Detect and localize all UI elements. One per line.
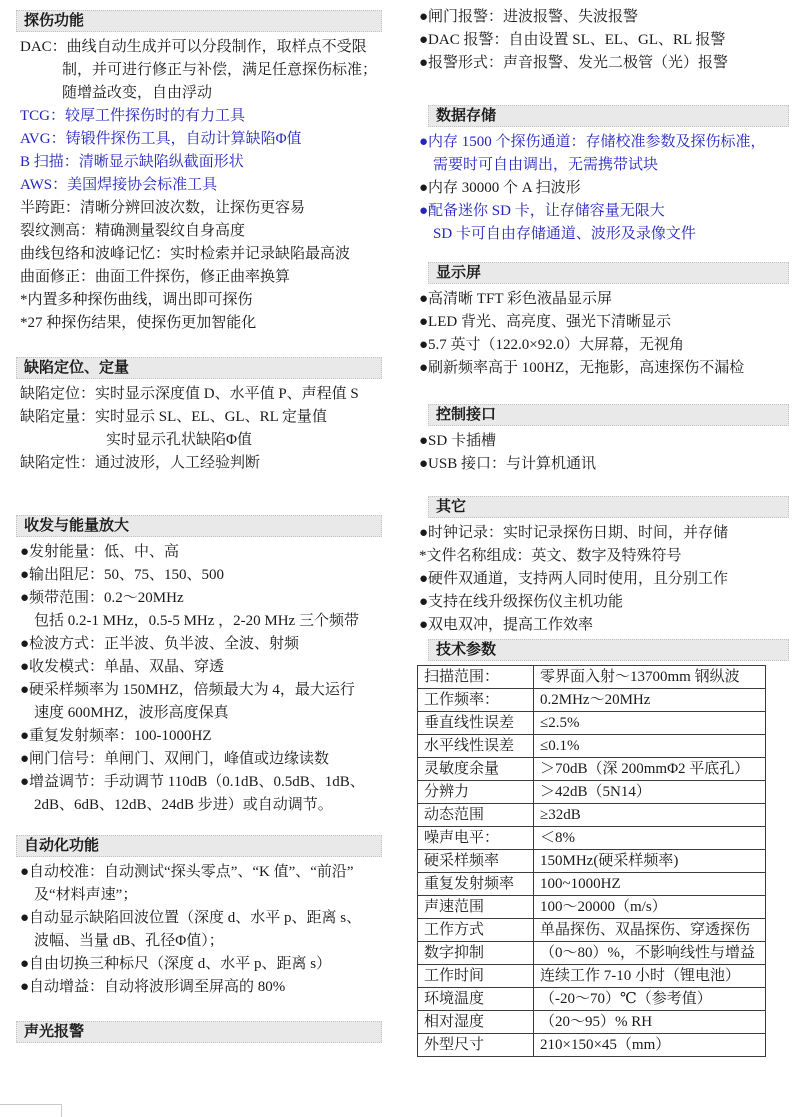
param-name: 工作时间	[418, 965, 534, 988]
spec-line: ●刷新频率高于 100HZ，无拖影，高速探伤不漏检	[415, 357, 789, 380]
param-name: 硬采样频率	[418, 850, 534, 873]
table-row: 相对湿度（20～95）% RH	[418, 1011, 766, 1034]
spec-line: ●收发模式：单晶、双晶、穿透	[16, 656, 382, 679]
spec-line: ●支持在线升级探伤仪主机功能	[415, 591, 789, 614]
param-value: （20～95）% RH	[534, 1011, 766, 1034]
param-value: 150MHz(硬采样频率)	[534, 850, 766, 873]
param-value: 单晶探伤、双晶探伤、穿透探伤	[534, 919, 766, 942]
param-value: 100～20000（m/s）	[534, 896, 766, 919]
page-corner-artifact	[0, 1104, 62, 1117]
spec-line: ●LED 背光、高亮度、强光下清晰显示	[415, 311, 789, 334]
section: 技术参数扫描范围：零界面入射～13700mm 钢纵波工作频率：0.2MHz～20…	[415, 639, 789, 1057]
spec-line: 制，并可进行修正与补偿，满足任意探伤标准；	[16, 59, 382, 82]
param-name: 工作方式	[418, 919, 534, 942]
spec-line: *27 种探伤结果，使探伤更加智能化	[16, 312, 382, 335]
left-column: 探伤功能DAC：曲线自动生成并可以分段制作，取样点不受限制，并可进行修正与补偿，…	[16, 10, 382, 1047]
spec-line: ●闸门报警：进波报警、失波报警	[415, 6, 789, 29]
spec-line: 实时显示孔状缺陷Φ值	[16, 429, 382, 452]
param-value: ＜8%	[534, 827, 766, 850]
spec-line: DAC：曲线自动生成并可以分段制作，取样点不受限	[16, 36, 382, 59]
table-row: 灵敏度余量＞70dB（深 200mmΦ2 平底孔）	[418, 758, 766, 781]
spec-line: ●重复发射频率：100-1000HZ	[16, 725, 382, 748]
param-name: 灵敏度余量	[418, 758, 534, 781]
table-row: 工作时间连续工作 7-10 小时（锂电池）	[418, 965, 766, 988]
param-value: 连续工作 7-10 小时（锂电池）	[534, 965, 766, 988]
table-row: 硬采样频率150MHz(硬采样频率)	[418, 850, 766, 873]
param-name: 扫描范围：	[418, 666, 534, 689]
section: 声光报警	[16, 1021, 382, 1043]
section-header: 显示屏	[428, 262, 789, 284]
param-name: 重复发射频率	[418, 873, 534, 896]
section: 探伤功能DAC：曲线自动生成并可以分段制作，取样点不受限制，并可进行修正与补偿，…	[16, 10, 382, 335]
param-name: 相对湿度	[418, 1011, 534, 1034]
spec-line: ●发射能量：低、中、高	[16, 541, 382, 564]
section-header: 声光报警	[16, 1021, 382, 1043]
table-row: 动态范围≥32dB	[418, 804, 766, 827]
spec-line: 曲线包络和波峰记忆：实时检索并记录缺陷最高波	[16, 243, 382, 266]
section: 缺陷定位、定量缺陷定位：实时显示深度值 D、水平值 P、声程值 S缺陷定量：实时…	[16, 357, 382, 475]
spec-line: 包括 0.2-1 MHz，0.5-5 MHz ，2-20 MHz 三个频带	[16, 610, 382, 633]
param-value: 零界面入射～13700mm 钢纵波	[534, 666, 766, 689]
spec-line: ●输出阻尼：50、75、150、500	[16, 564, 382, 587]
spec-line: AVG：铸锻件探伤工具，自动计算缺陷Φ值	[16, 128, 382, 151]
section: 自动化功能●自动校准：自动测试“探头零点”、“K 值”、“前沿”及“材料声速”；…	[16, 835, 382, 999]
spec-line: ●自由切换三种标尺（深度 d、水平 p、距离 s）	[16, 953, 382, 976]
table-row: 工作频率：0.2MHz～20MHz	[418, 689, 766, 712]
section: 其它●时钟记录：实时记录探伤日期、时间，并存储*文件名称组成：英文、数字及特殊符…	[415, 496, 789, 637]
param-name: 分辨力	[418, 781, 534, 804]
spec-line: ●SD 卡插槽	[415, 430, 789, 453]
table-row: 扫描范围：零界面入射～13700mm 钢纵波	[418, 666, 766, 689]
section-header: 收发与能量放大	[16, 515, 382, 537]
param-name: 环境温度	[418, 988, 534, 1011]
table-row: 环境温度（-20～70）℃（参考值）	[418, 988, 766, 1011]
section-header: 数据存储	[428, 105, 789, 127]
param-name: 垂直线性误差	[418, 712, 534, 735]
table-row: 数字抑制（0～80）%，不影响线性与增益	[418, 942, 766, 965]
section-header: 缺陷定位、定量	[16, 357, 382, 379]
spec-line: ●频带范围：0.2～20MHz	[16, 587, 382, 610]
spec-line: ●增益调节：手动调节 110dB（0.1dB、0.5dB、1dB、	[16, 771, 382, 794]
table-row: 分辨力＞42dB（5N14）	[418, 781, 766, 804]
alarm-items-group: ●闸门报警：进波报警、失波报警●DAC 报警：自由设置 SL、EL、GL、RL …	[415, 6, 789, 75]
param-value: ＞42dB（5N14）	[534, 781, 766, 804]
table-row: 水平线性误差≤0.1%	[418, 735, 766, 758]
param-name: 数字抑制	[418, 942, 534, 965]
section: 收发与能量放大●发射能量：低、中、高●输出阻尼：50、75、150、500●频带…	[16, 515, 382, 817]
spec-line: 波幅、当量 dB、孔径Φ值）；	[16, 930, 382, 953]
section: 显示屏●高清晰 TFT 彩色液晶显示屏●LED 背光、高亮度、强光下清晰显示●5…	[415, 262, 789, 380]
spec-line: 半跨距：清晰分辨回波次数，让探伤更容易	[16, 197, 382, 220]
param-value: ≥32dB	[534, 804, 766, 827]
table-row: 外型尺寸210×150×45（mm）	[418, 1034, 766, 1057]
spec-line: ●闸门信号：单闸门、双闸门，峰值或边缘读数	[16, 748, 382, 771]
spec-line: ●时钟记录：实时记录探伤日期、时间，并存储	[415, 522, 789, 545]
spec-line: ●5.7 英寸（122.0×92.0）大屏幕，无视角	[415, 334, 789, 357]
spec-line: 随增益改变，自由浮动	[16, 82, 382, 105]
param-value: 100~1000HZ	[534, 873, 766, 896]
spec-sheet-page: 探伤功能DAC：曲线自动生成并可以分段制作，取样点不受限制，并可进行修正与补偿，…	[0, 0, 800, 1117]
spec-line: B 扫描：清晰显示缺陷纵截面形状	[16, 151, 382, 174]
param-value: 210×150×45（mm）	[534, 1034, 766, 1057]
param-name: 噪声电平：	[418, 827, 534, 850]
spec-line: 裂纹测高：精确测量裂纹自身高度	[16, 220, 382, 243]
spec-line: ●配备迷你 SD 卡，让存储容量无限大	[415, 200, 789, 223]
param-name: 外型尺寸	[418, 1034, 534, 1057]
table-row: 工作方式单晶探伤、双晶探伤、穿透探伤	[418, 919, 766, 942]
spec-line: ●高清晰 TFT 彩色液晶显示屏	[415, 288, 789, 311]
spec-line: ●自动显示缺陷回波位置（深度 d、水平 p、距离 s、	[16, 907, 382, 930]
spec-line: ●硬件双通道，支持两人同时使用，且分别工作	[415, 568, 789, 591]
spec-line: ●USB 接口：与计算机通讯	[415, 453, 789, 476]
table-row: 重复发射频率100~1000HZ	[418, 873, 766, 896]
spec-line: ●内存 1500 个探伤通道：存储校准参数及探伤标准，	[415, 131, 789, 154]
table-row: 噪声电平：＜8%	[418, 827, 766, 850]
spec-line: ●DAC 报警：自由设置 SL、EL、GL、RL 报警	[415, 29, 789, 52]
section-header: 自动化功能	[16, 835, 382, 857]
spec-line: 曲面修正：曲面工件探伤，修正曲率换算	[16, 266, 382, 289]
param-name: 水平线性误差	[418, 735, 534, 758]
spec-line: 2dB、6dB、12dB、24dB 步进）或自动调节。	[16, 794, 382, 817]
spec-line: ●检波方式：正半波、负半波、全波、射频	[16, 633, 382, 656]
section-header: 其它	[428, 496, 789, 518]
right-column: ●闸门报警：进波报警、失波报警●DAC 报警：自由设置 SL、EL、GL、RL …	[415, 6, 789, 1057]
param-value: （-20～70）℃（参考值）	[534, 988, 766, 1011]
spec-line: 及“材料声速”；	[16, 884, 382, 907]
section-header: 探伤功能	[16, 10, 382, 32]
spec-line: ●自动增益：自动将波形调至屏高的 80%	[16, 976, 382, 999]
param-name: 声速范围	[418, 896, 534, 919]
spec-line: AWS：美国焊接协会标准工具	[16, 174, 382, 197]
spec-line: ●硬采样频率为 150MHZ，倍频最大为 4，最大运行	[16, 679, 382, 702]
spec-line: 速度 600MHZ，波形高度保真	[16, 702, 382, 725]
spec-line: *内置多种探伤曲线，调出即可探伤	[16, 289, 382, 312]
spec-line: ●自动校准：自动测试“探头零点”、“K 值”、“前沿”	[16, 861, 382, 884]
param-value: （0～80）%，不影响线性与增益	[534, 942, 766, 965]
section: 控制接口●SD 卡插槽●USB 接口：与计算机通讯	[415, 404, 789, 476]
section-header: 控制接口	[428, 404, 789, 426]
spec-line: 缺陷定性：通过波形，人工经验判断	[16, 452, 382, 475]
spec-line: ●报警形式：声音报警、发光二极管（光）报警	[415, 52, 789, 75]
spec-line: TCG：较厚工件探伤时的有力工具	[16, 105, 382, 128]
right-sections: 数据存储●内存 1500 个探伤通道：存储校准参数及探伤标准，需要时可自由调出，…	[415, 105, 789, 1057]
table-row: 垂直线性误差≤2.5%	[418, 712, 766, 735]
param-name: 动态范围	[418, 804, 534, 827]
tech-params-table: 扫描范围：零界面入射～13700mm 钢纵波工作频率：0.2MHz～20MHz垂…	[417, 665, 766, 1057]
spec-line: 缺陷定量：实时显示 SL、EL、GL、RL 定量值	[16, 406, 382, 429]
param-value: ＞70dB（深 200mmΦ2 平底孔）	[534, 758, 766, 781]
spec-line: SD 卡可自由存储通道、波形及录像文件	[415, 223, 789, 246]
spec-line: ●内存 30000 个 A 扫波形	[415, 177, 789, 200]
table-row: 声速范围100～20000（m/s）	[418, 896, 766, 919]
param-value: ≤2.5%	[534, 712, 766, 735]
spec-line: 需要时可自由调出，无需携带试块	[415, 154, 789, 177]
spec-line: ●双电双冲，提高工作效率	[415, 614, 789, 637]
section-header: 技术参数	[428, 639, 789, 661]
param-value: 0.2MHz～20MHz	[534, 689, 766, 712]
param-value: ≤0.1%	[534, 735, 766, 758]
param-name: 工作频率：	[418, 689, 534, 712]
section: 数据存储●内存 1500 个探伤通道：存储校准参数及探伤标准，需要时可自由调出，…	[415, 105, 789, 246]
spec-line: 缺陷定位：实时显示深度值 D、水平值 P、声程值 S	[16, 383, 382, 406]
spec-line: *文件名称组成：英文、数字及特殊符号	[415, 545, 789, 568]
